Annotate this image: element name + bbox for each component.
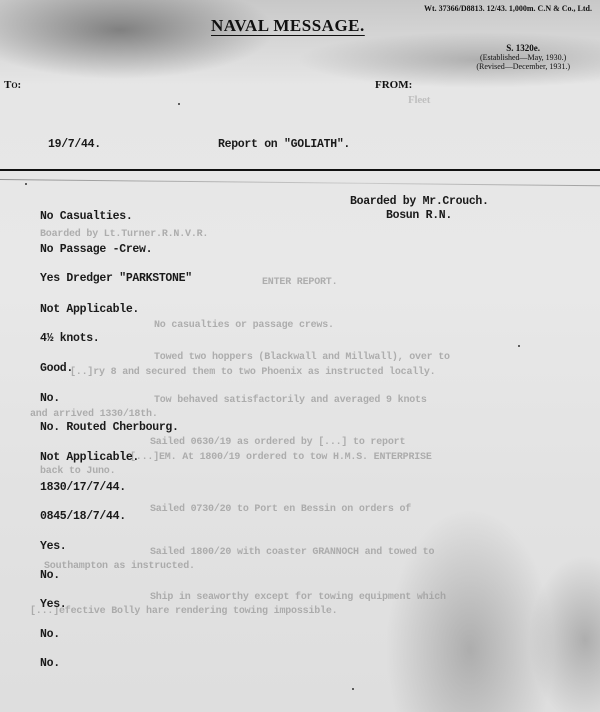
ghost-line: Southampton as instructed. [44,561,195,572]
header-divider [0,169,600,171]
ghost-line: [...]efective Bolly hare rendering towin… [30,606,337,617]
paper-speck [352,688,354,690]
ghost-line: Sailed 0730/20 to Port en Bessin on orde… [150,504,411,515]
to-label: To: [4,79,21,91]
answer-arrival-time: 0845/18/7/44. [40,510,126,523]
from-label: FROM: [375,79,412,91]
ghost-line: Sailed 1800/20 with coaster GRANNOCH and… [150,547,434,558]
answer-no-2: No. [40,569,60,582]
answer-speed: 4½ knots. [40,332,99,345]
answer-dredger: Yes Dredger "PARKSTONE" [40,272,192,285]
from-ghost-text: Fleet [408,94,430,106]
ghost-line: Sailed 0630/19 as ordered by [...] to re… [150,437,405,448]
answer-yes-1: Yes. [40,540,66,553]
naval-message-form: Wt. 37366/D8813. 12/43. 1,000m. C.N & Co… [0,0,600,712]
answer-yes-2: Yes. [40,598,66,611]
answer-no-4: No. [40,657,60,670]
printer-imprint: Wt. 37366/D8813. 12/43. 1,000m. C.N & Co… [424,4,592,13]
paper-speck [25,183,27,185]
paper-speck [178,103,180,105]
ghost-line: Towed two hoppers (Blackwall and Millwal… [154,352,450,363]
answer-passage-crew: No Passage -Crew. [40,243,152,256]
answer-no-3: No. [40,628,60,641]
form-code: S. 1320e. [476,44,570,53]
ghost-heading: ENTER REPORT. [262,277,337,288]
answer-applicable-1: Not Applicable. [40,303,139,316]
answer-condition: Good. [40,362,73,375]
form-established: (Established—May, 1930.) [476,53,570,62]
ghost-boarded: Boarded by Lt.Turner.R.N.V.R. [40,229,208,240]
message-subject: Report on "GOLIATH". [218,138,350,151]
form-revised: (Revised—December, 1931.) [476,62,570,71]
form-reference: S. 1320e. (Established—May, 1930.) (Revi… [476,44,570,71]
boarded-by-line2: Bosun R.N. [386,209,452,222]
ghost-line: and arrived 1330/18th. [30,409,158,420]
ghost-line: Tow behaved satisfactorily and averaged … [154,395,427,406]
ghost-line: Ship in seaworthy except for towing equi… [150,592,446,603]
boarded-by-line1: Boarded by Mr.Crouch. [350,195,489,208]
answer-no-1: No. [40,392,60,405]
answer-departure-time: 1830/17/7/44. [40,481,126,494]
answer-routing: No. Routed Cherbourg. [40,421,179,434]
paper-speck [518,345,520,347]
answer-applicable-2: Not Applicable. [40,451,139,464]
faint-divider [0,179,600,186]
message-date: 19/7/44. [48,138,101,151]
ghost-line: [...]EM. At 1800/19 ordered to tow H.M.S… [130,452,432,463]
answer-casualties: No Casualties. [40,210,132,223]
form-title: NAVAL MESSAGE. [211,16,365,36]
ghost-line: [..]ry 8 and secured them to two Phoenix… [70,367,435,378]
ghost-line: back to Juno. [40,466,115,477]
ghost-line: No casualties or passage crews. [154,320,334,331]
